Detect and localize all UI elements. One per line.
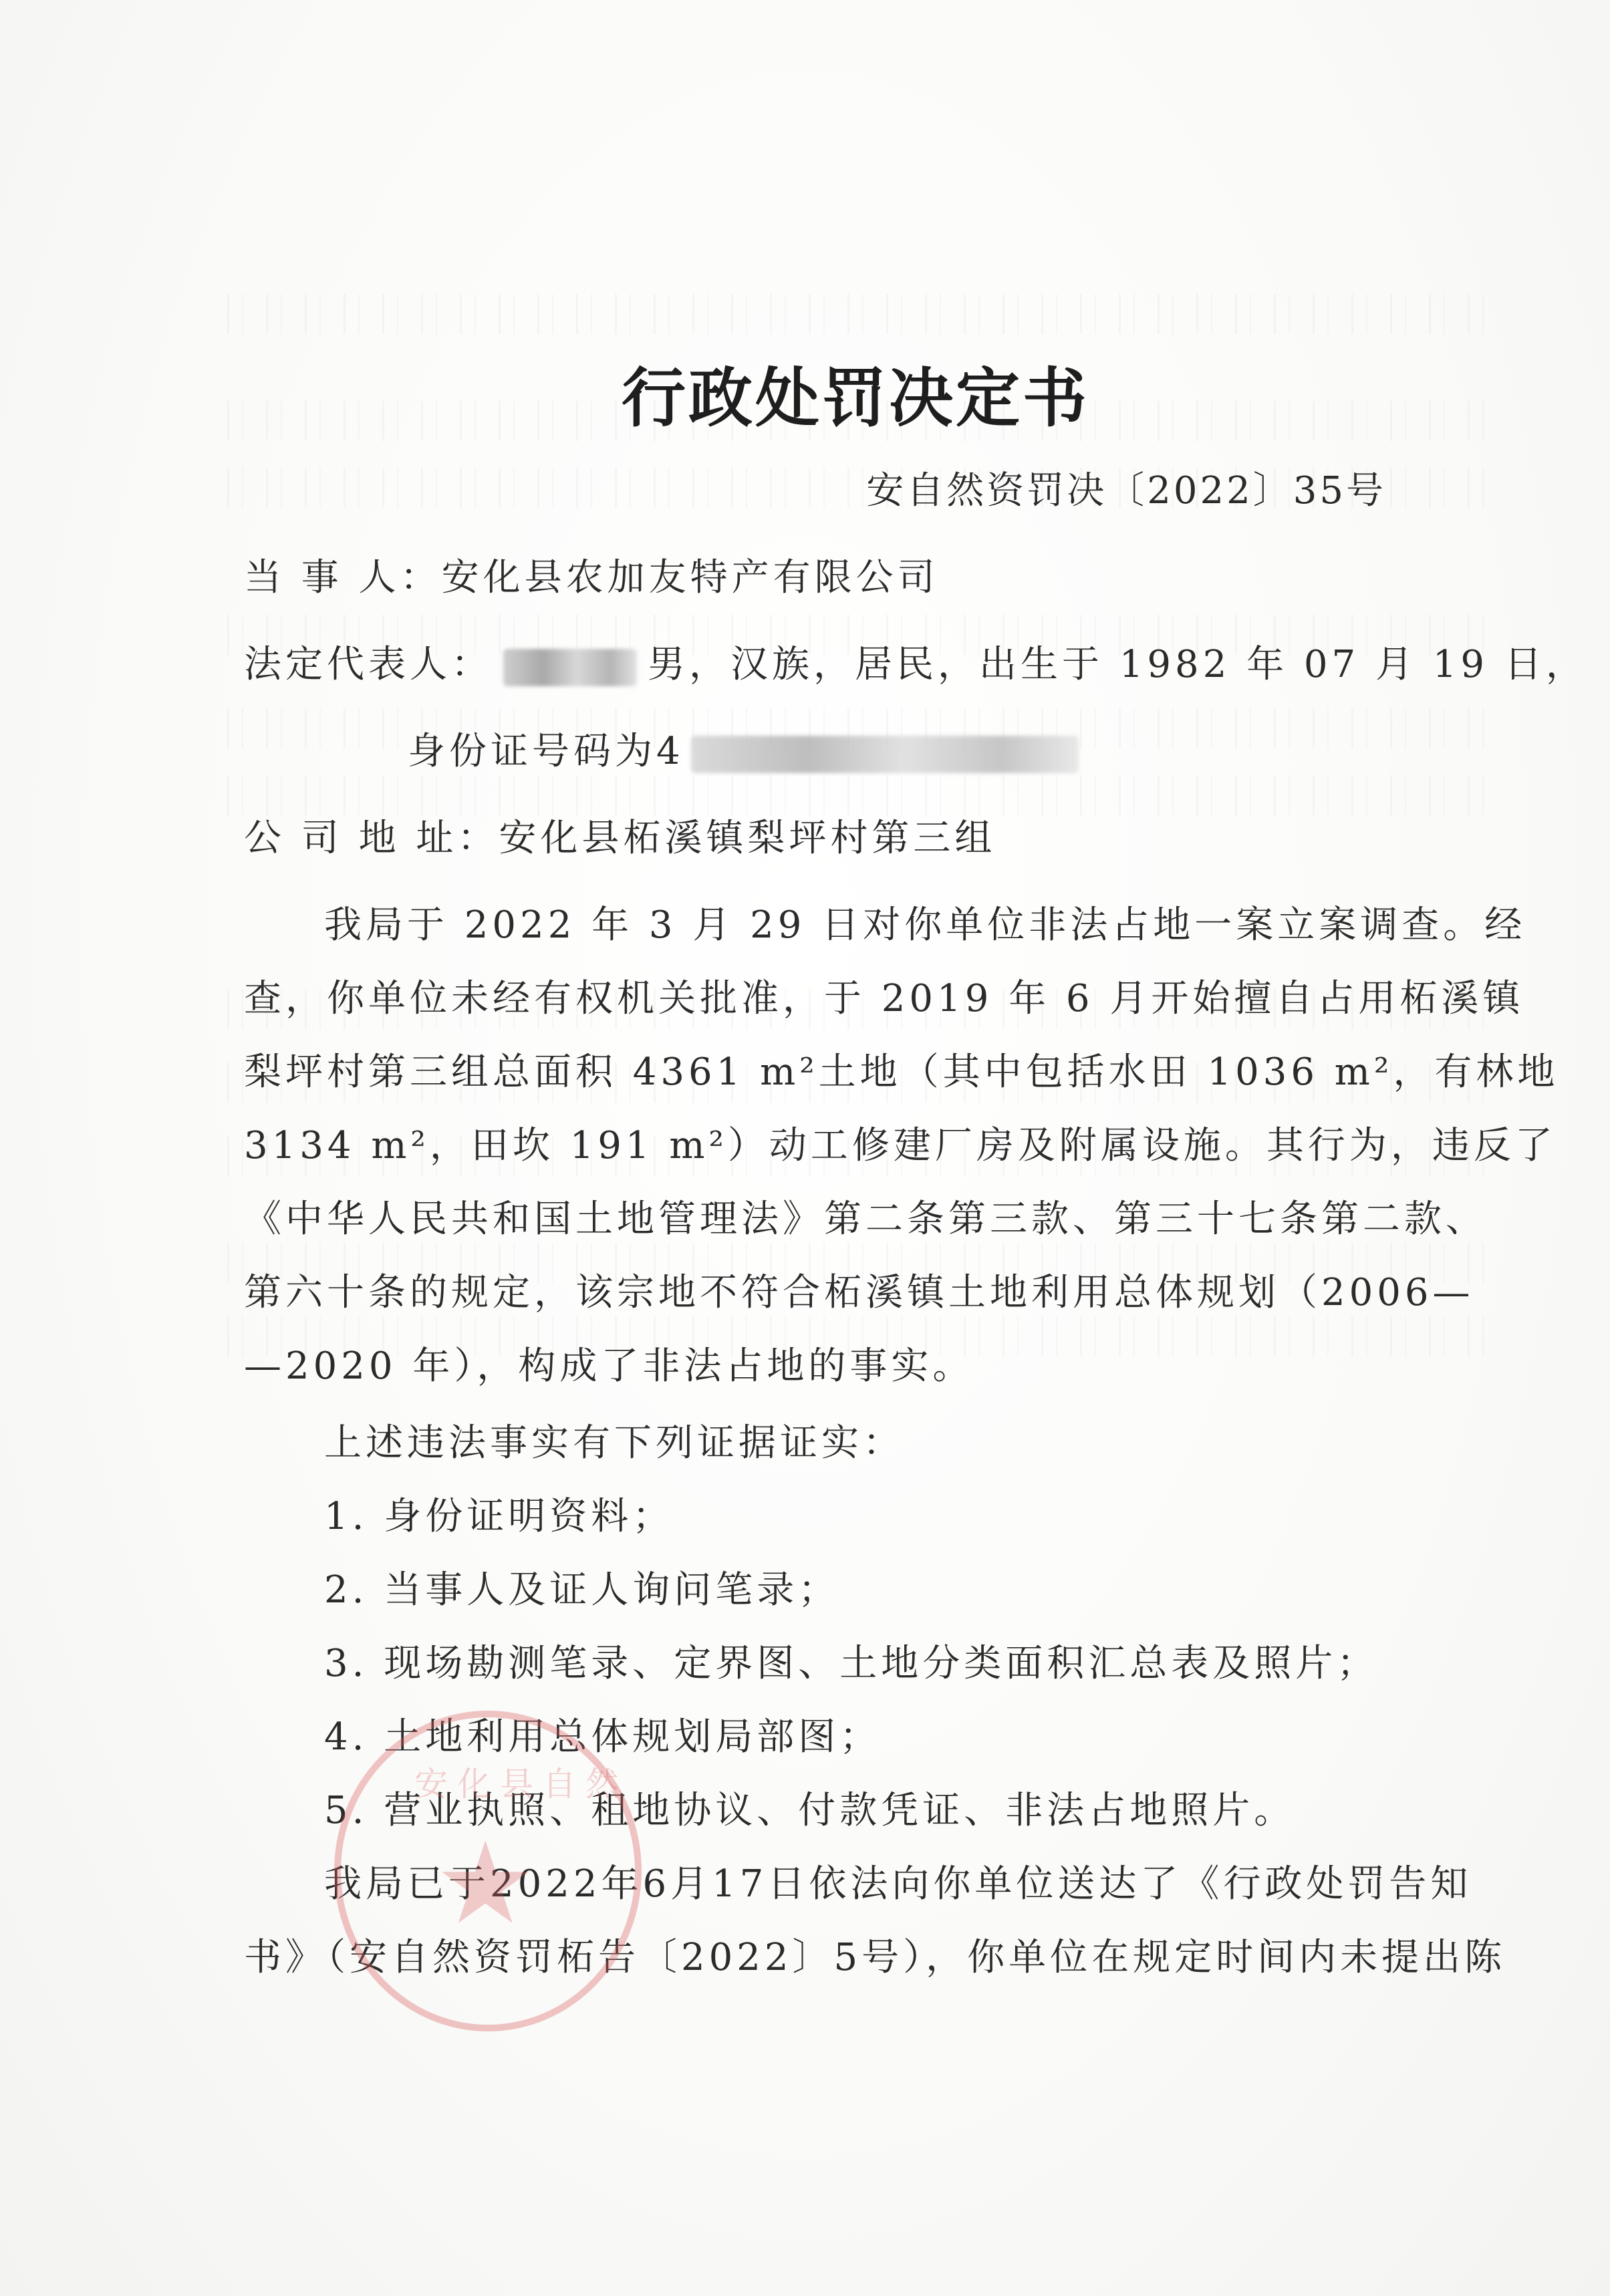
evidence-item: 1. 身份证明资料； [324,1487,674,1540]
redacted-name [503,649,637,686]
address-label: 公 司 地 址： [244,817,499,860]
document-title: 行政处罚决定书 [622,347,1089,439]
evidence-item: 5. 营业执照、租地协议、付款凭证、非法占地照片。 [324,1781,1295,1834]
id-number-line: 身份证号码为4 [408,722,1079,775]
evidence-item: 2. 当事人及证人询问笔录； [324,1560,839,1614]
evidence-item: 3. 现场勘测笔录、定界图、土地分类面积汇总表及照片； [324,1634,1378,1687]
legal-representative-line: 法定代表人：男，汉族，居民，出生于 1982 年 07 月 19 日， [244,635,1587,688]
document-number: 安自然资罚决〔2022〕35号 [866,461,1386,515]
document-page: 行政处罚决定书 安自然资罚决〔2022〕35号 当 事 人：安化县农加友特产有限… [0,0,1610,2296]
id-label: 身份证号码为 [408,730,656,773]
party-label: 当 事 人： [244,556,442,599]
paragraph-line: 3134 m²，田坎 191 m²）动工修建厂房及附属设施。其行为，违反了 [244,1116,1557,1169]
evidence-item: 4. 土地利用总体规划局部图； [324,1707,881,1761]
paragraph-line: —2020 年），构成了非法占地的事实。 [244,1336,974,1390]
paragraph-line: 我局于 2022 年 3 月 29 日对你单位非法占地一案立案调查。经 [324,895,1526,949]
party-value: 安化县农加友特产有限公司 [442,556,939,599]
address-value: 安化县柘溪镇梨坪村第三组 [499,817,996,860]
paragraph-line: 查，你单位未经有权机关批准，于 2019 年 6 月开始擅自占用柘溪镇 [244,969,1524,1022]
rep-label: 法定代表人： [244,643,493,686]
id-prefix: 4 [656,730,684,773]
party-line: 当 事 人：安化县农加友特产有限公司 [244,548,939,601]
rep-details: 男，汉族，居民，出生于 1982 年 07 月 19 日， [648,643,1587,686]
evidence-intro: 上述违法事实有下列证据证实： [324,1413,904,1467]
paragraph-line: 梨坪村第三组总面积 4361 m²土地（其中包括水田 1036 m²，有林地 [244,1042,1559,1096]
address-line: 公 司 地 址：安化县柘溪镇梨坪村第三组 [244,809,996,862]
paragraph-line: 书》（安自然资罚柘告〔2022〕5号），你单位在规定时间内未提出陈 [244,1928,1506,1981]
paragraph-line: 我局已于2022年6月17日依法向你单位送达了《行政处罚告知 [324,1854,1472,1908]
paragraph-line: 第六十条的规定，该宗地不符合柘溪镇土地利用总体规划（2006— [244,1263,1474,1316]
paragraph-line: 《中华人民共和国土地管理法》第二条第三款、第三十七条第二款、 [244,1189,1487,1243]
redacted-id-number [691,736,1079,773]
bleed-through-texture [227,294,1497,334]
